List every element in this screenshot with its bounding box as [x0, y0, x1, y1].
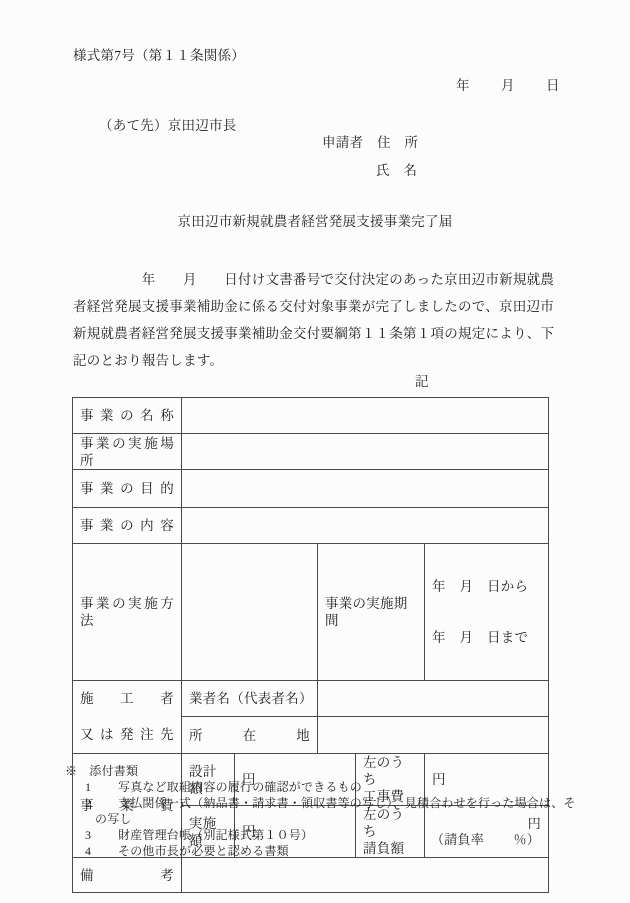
label-remarks: 備考	[73, 858, 182, 893]
label-content: 事業の内容	[73, 508, 182, 544]
addressee-line: （あて先）京田辺市長	[99, 116, 237, 136]
ki-heading: 記	[415, 372, 429, 392]
row-remarks: 備考	[73, 858, 549, 893]
applicant-name-line: 氏 名	[376, 161, 417, 181]
label-project-name: 事業の名称	[73, 398, 182, 434]
note-number: 3	[85, 827, 118, 843]
attachments-heading: ※ 添付書類	[65, 763, 605, 779]
label-method: 事業の実施方法	[73, 544, 182, 681]
body-line: 新規就農者経営発展支援事業補助金交付要綱第１１条第１項の規定により、下	[73, 320, 589, 347]
project-name-field	[182, 398, 549, 434]
document-title: 京田辺市新規就農者経営発展支援事業完了届	[0, 212, 630, 232]
content-field	[182, 508, 549, 544]
body-line: 者経営発展支援事業補助金に係る交付対象事業が完了しましたので、京田辺市	[73, 293, 589, 320]
note-item-4: 4 その他市長が必要と認める書類	[85, 843, 605, 859]
remarks-field	[182, 858, 549, 893]
issue-date-line: 年 月 日	[456, 76, 561, 96]
label-vendor-address: 所在地	[182, 717, 318, 754]
label-purpose: 事業の目的	[73, 470, 182, 508]
form-number: 様式第7号（第１１条関係）	[73, 46, 245, 66]
label-contractor: 施工者 又は発注先	[73, 681, 182, 754]
row-purpose: 事業の目的	[73, 470, 549, 508]
period-field: 年 月 日から 年 月 日まで	[425, 544, 549, 681]
row-method-period: 事業の実施方法 事業の実施期間 年 月 日から 年 月 日まで	[73, 544, 549, 681]
label-period: 事業の実施期間	[318, 544, 425, 681]
note-item-2-continuation: の写し	[95, 811, 605, 827]
row-content: 事業の内容	[73, 508, 549, 544]
note-item-1: 1 写真など取組内容の履行の確認ができるもの	[85, 779, 605, 795]
vendor-address-field	[318, 717, 549, 754]
body-line: 記のとおり報告します。	[73, 347, 589, 374]
label-vendor-name: 業者名（代表者名）	[182, 681, 318, 717]
vendor-name-field	[318, 681, 549, 717]
attachments-note: ※ 添付書類 1 写真など取組内容の履行の確認ができるもの 2 支払関係一式（納…	[65, 763, 605, 859]
row-vendor-name: 施工者 又は発注先 業者名（代表者名）	[73, 681, 549, 717]
document-page: 様式第7号（第１１条関係） 年 月 日 （あて先）京田辺市長 申請者 住 所 氏…	[0, 0, 630, 903]
row-location: 事業の実施場所	[73, 434, 549, 470]
body-paragraph: 年 月 日付け文書番号で交付決定のあった京田辺市新規就農 者経営発展支援事業補助…	[73, 266, 589, 374]
period-to: 年 月 日まで	[432, 629, 541, 646]
location-field	[182, 434, 549, 470]
note-item-3: 3 財産管理台帳（別記様式第１０号）	[85, 827, 605, 843]
label-location: 事業の実施場所	[73, 434, 182, 470]
body-line: 年 月 日付け文書番号で交付決定のあった京田辺市新規就農	[73, 266, 589, 293]
row-project-name: 事業の名称	[73, 398, 549, 434]
method-field	[182, 544, 318, 681]
note-number: 2	[85, 795, 118, 811]
note-item-2: 2 支払関係一式（納品書・請求書・領収書等の写し）、見積合わせを行った場合は、そ	[85, 795, 605, 811]
applicant-address-line: 申請者 住 所	[322, 133, 418, 153]
note-number: 4	[85, 843, 118, 859]
purpose-field	[182, 470, 549, 508]
note-number: 1	[85, 779, 118, 795]
period-from: 年 月 日から	[432, 578, 541, 595]
